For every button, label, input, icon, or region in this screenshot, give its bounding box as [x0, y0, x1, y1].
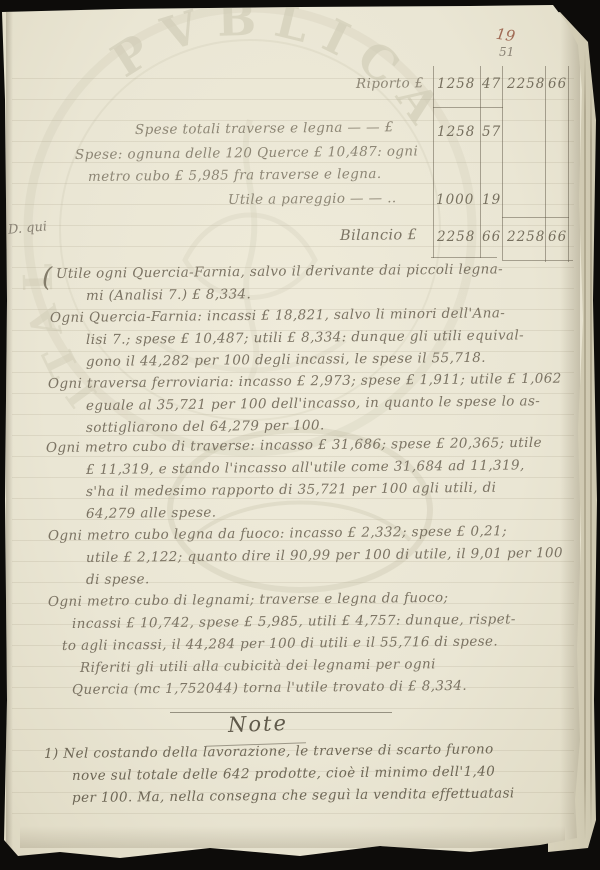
riporto-lire-1: 1258 [437, 76, 475, 92]
bilancio-lire-1: 2258 [437, 229, 475, 245]
margin-brace: ( [42, 263, 52, 293]
page-edge-line [590, 80, 592, 830]
ledger-column-line [433, 66, 434, 258]
bottom-edge-shadow [20, 826, 565, 848]
folio-number-top: 19 [495, 25, 516, 45]
gutter-shadow [6, 10, 13, 852]
ledger-column-line [568, 66, 569, 262]
riporto-cent-2: 66 [548, 76, 567, 92]
riporto-label: Riporto £ [356, 75, 424, 92]
note-section-title: Note [228, 711, 289, 737]
right-edge-shadow [560, 10, 580, 846]
ledger-rule [502, 217, 569, 218]
utile-cent: 19 [482, 192, 501, 208]
ledger-column-line [502, 66, 503, 260]
ledger-rule [433, 107, 503, 108]
bilancio-cent-2: 66 [548, 229, 567, 245]
manuscript-paper: PVBLICA ITAL 19 51 Ripo [0, 0, 600, 870]
ledger-rule [431, 257, 497, 258]
bilancio-cent-1: 66 [482, 229, 501, 245]
ledger-rule [502, 260, 573, 261]
handwriting-line: di spese. [86, 571, 150, 588]
bilancio-lire-2: 2258 [507, 229, 545, 245]
ledger-column-line [480, 66, 481, 258]
spese-detail-line: metro cubo £ 5,985 fra traverse e legna. [88, 166, 382, 185]
handwriting-line: mi (Analisi 7.) £ 8,334. [86, 286, 251, 304]
bilancio-label: Bilancio £ [340, 227, 417, 244]
spese-totali-lire: 1258 [437, 124, 475, 140]
handwriting-line: 64,279 alle spese. [86, 505, 217, 522]
page-edge-line [584, 50, 586, 840]
riporto-cent-1: 47 [482, 76, 501, 92]
spese-totali-cent: 57 [482, 124, 501, 140]
spese-totali-label: Spese totali traverse e legna — — £ [135, 119, 394, 138]
handwriting-line: sottigliarono del 64,279 per 100. [86, 418, 325, 436]
utile-label: Utile a pareggio — — .. [228, 190, 397, 208]
utile-lire: 1000 [436, 192, 474, 208]
scanned-manuscript-page: PVBLICA ITAL 19 51 Ripo [0, 0, 600, 870]
riporto-lire-2: 2258 [507, 76, 545, 92]
folio-number-bottom: 51 [499, 45, 514, 59]
